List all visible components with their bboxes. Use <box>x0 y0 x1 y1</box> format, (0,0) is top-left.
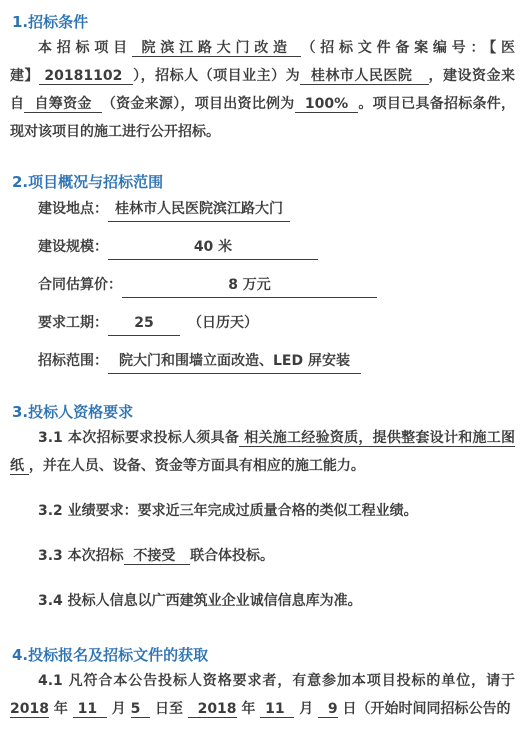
section-bid-registration: 4.投标报名及招标文件的获取 4.1 凡符合本公告投标人资格要求者，有意参加本项… <box>10 645 515 723</box>
field-contract-estimate: 合同估算价：8 万元 <box>10 272 515 298</box>
field-required-duration: 要求工期：25（日历天） <box>10 310 515 336</box>
filled-blank-underlined: 院滨江路大门改造 <box>132 40 302 57</box>
filled-blank-underlined: 自筹资金 <box>24 96 102 113</box>
text-run: （资金来源），项目出资比例为 <box>102 96 295 112</box>
clause-3-2: 3.2 业绩要求：要求近三年完成过质量合格的类似工程业绩。 <box>10 497 515 525</box>
section-2-heading: 2.项目概况与招标范围 <box>10 172 515 192</box>
field-value-blank: 40 米 <box>108 235 318 260</box>
filled-blank-underlined: 9 <box>318 701 338 718</box>
filled-blank-underlined: 11 <box>73 701 107 718</box>
clause-3-3: 3.3 本次招标 不接受 联合体投标。 <box>10 542 515 570</box>
field-construction-site: 建设地点：桂林市人民医院滨江路大门 <box>10 196 515 222</box>
text-run: 年 <box>49 701 73 717</box>
clause-4-1: 4.1 凡符合本公告投标人资格要求者，有意参加本项目投标的单位，请于2018 年… <box>10 667 515 723</box>
text-run: 3.3 本次招标 <box>38 548 124 564</box>
section-4-heading: 4.投标报名及招标文件的获取 <box>10 645 515 665</box>
text-run: 月 <box>107 701 131 717</box>
section-tender-conditions: 1.招标条件 本招标项目 院滨江路大门改造 （招标文件备案编号：【医建】 201… <box>10 12 515 146</box>
filled-blank-underlined: 100% <box>295 96 359 113</box>
clause-3-4: 3.4 投标人信息以广西建筑业企业诚信信息库为准。 <box>10 587 515 615</box>
field-label: 建设规模： <box>38 234 108 260</box>
section-1-heading: 1.招标条件 <box>10 12 515 32</box>
filled-blank-underlined: 桂林市人民医院 <box>300 68 428 85</box>
text-run: 3.1 本次招标要求投标人须具备 <box>38 430 239 446</box>
text-run: 月 <box>294 701 318 717</box>
text-run: ），招标人（项目业主）为 <box>133 68 300 84</box>
text-run: 年 <box>237 701 261 717</box>
field-tender-scope: 招标范围：院大门和围墙立面改造、LED 屏安装 <box>10 348 515 374</box>
text-run: 日（开始时间同招标公告的 <box>338 701 511 717</box>
field-construction-scale: 建设规模：40 米 <box>10 234 515 260</box>
filled-blank-underlined: 不接受 <box>124 548 190 565</box>
clause-3-1: 3.1 本次招标要求投标人须具备 相关施工经验资质，提供整套设计和施工图纸 ，并… <box>10 424 515 480</box>
text-run: 日至 <box>150 701 188 717</box>
text-run: 本招标项目 <box>38 40 132 56</box>
tender-notice-document: 1.招标条件 本招标项目 院滨江路大门改造 （招标文件备案编号：【医建】 201… <box>0 0 525 732</box>
field-value-blank: 院大门和围墙立面改造、LED 屏安装 <box>108 349 361 374</box>
field-value-blank: 8 万元 <box>122 273 377 298</box>
filled-blank-underlined: 2018 <box>10 701 49 718</box>
filled-blank-underlined: 11 <box>260 701 294 718</box>
field-label: 合同估算价： <box>38 272 122 298</box>
project-fields: 建设地点：桂林市人民医院滨江路大门 建设规模：40 米 合同估算价：8 万元 要… <box>10 196 515 374</box>
document-page: { "page": { "type": "tender-announcement… <box>0 0 525 732</box>
filled-blank-underlined: 2018 <box>188 701 237 718</box>
text-run: 4.1 凡符合本公告投标人资格要求者，有意参加本项目投标的单位，请于 <box>38 673 515 689</box>
text-run: 联合体投标。 <box>190 548 274 564</box>
tender-conditions-paragraph: 本招标项目 院滨江路大门改造 （招标文件备案编号：【医建】 20181102 ）… <box>10 34 515 146</box>
text-run: 3.4 投标人信息以广西建筑业企业诚信信息库为准。 <box>38 593 362 609</box>
field-value-blank: 25 <box>108 311 180 336</box>
text-run: 3.2 业绩要求：要求近三年完成过质量合格的类似工程业绩。 <box>38 503 418 519</box>
field-suffix: （日历天） <box>188 310 258 336</box>
field-label: 招标范围： <box>38 348 108 374</box>
filled-blank-underlined: 5 <box>131 701 151 718</box>
field-label: 建设地点： <box>38 196 108 222</box>
text-run: ，并在人员、设备、资金等方面具有相应的施工能力。 <box>29 458 365 474</box>
section-bidder-qualification: 3.投标人资格要求 3.1 本次招标要求投标人须具备 相关施工经验资质，提供整套… <box>10 402 515 615</box>
field-label: 要求工期： <box>38 310 108 336</box>
section-project-overview: 2.项目概况与招标范围 建设地点：桂林市人民医院滨江路大门 建设规模：40 米 … <box>10 172 515 374</box>
field-value-blank: 桂林市人民医院滨江路大门 <box>108 197 290 222</box>
filled-blank-underlined: 20181102 <box>39 68 133 85</box>
section-3-heading: 3.投标人资格要求 <box>10 402 515 422</box>
